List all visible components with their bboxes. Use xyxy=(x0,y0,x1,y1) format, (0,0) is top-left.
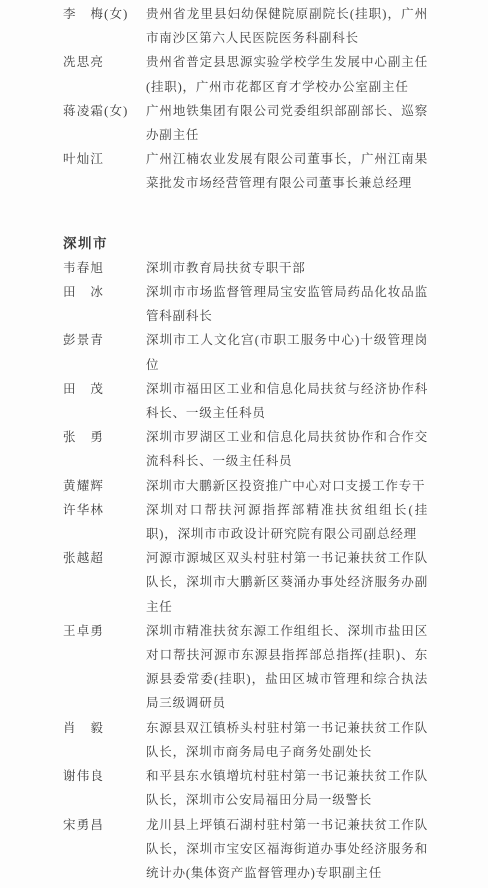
entry-list: 韦春旭 深圳市教育局扶贫专职干部 田 冰 深圳市市场监督管理局宝安监管局药品化妆… xyxy=(63,256,428,885)
personnel-entry: 田 茂 深圳市福田区工业和信息化局扶贫与经济协作科科长、一级主任科员 xyxy=(63,377,428,425)
person-name: 田 冰 xyxy=(63,280,146,304)
person-position: 贵州省普定县思源实验学校学生发展中心副主任(挂职)，广州市花都区育才学校办公室副… xyxy=(146,50,428,98)
person-position: 河源市源城区双头村驻村第一书记兼扶贫工作队队长，深圳市大鹏新区葵涌办事处经济服务… xyxy=(146,546,428,619)
personnel-entry: 叶灿江 广州江楠农业发展有限公司董事长，广州江南果菜批发市场经营管理有限公司董事… xyxy=(63,147,428,195)
entry-list: 李 梅(女) 贵州省龙里县妇幼保健院原副院长(挂职)，广州市南沙区第六人民医院医… xyxy=(63,2,428,196)
personnel-entry: 蒋凌霜(女) 广州地铁集团有限公司党委组织部副部长、巡察办副主任 xyxy=(63,99,428,147)
person-name: 许华林 xyxy=(63,498,146,522)
person-position: 深圳市工人文化宫(市职工服务中心)十级管理岗位 xyxy=(146,328,428,376)
person-position: 深圳市市场监督管理局宝安监管局药品化妆品监管科副科长 xyxy=(146,280,428,328)
personnel-entry: 谢伟良 和平县东水镇增坑村驻村第一书记兼扶贫工作队队长，深圳市公安局福田分局一级… xyxy=(63,764,428,812)
person-name: 冼思亮 xyxy=(63,50,146,74)
city-section: 深圳市 韦春旭 深圳市教育局扶贫专职干部 田 冰 深圳市市场监督管理局宝安监管局… xyxy=(63,232,428,885)
person-name: 李 梅(女) xyxy=(63,2,146,26)
person-position: 深圳市教育局扶贫专职干部 xyxy=(146,256,428,280)
personnel-entry: 李 梅(女) 贵州省龙里县妇幼保健院原副院长(挂职)，广州市南沙区第六人民医院医… xyxy=(63,2,428,50)
person-name: 张越超 xyxy=(63,546,146,570)
personnel-entry: 韦春旭 深圳市教育局扶贫专职干部 xyxy=(63,256,428,280)
person-position: 深圳市福田区工业和信息化局扶贫与经济协作科科长、一级主任科员 xyxy=(146,377,428,425)
person-position: 深圳市罗湖区工业和信息化局扶贫协作和合作交流科科长、一级主任科员 xyxy=(146,425,428,473)
person-name: 谢伟良 xyxy=(63,764,146,788)
personnel-entry: 宋勇昌 龙川县上坪镇石湖村驻村第一书记兼扶贫工作队队长，深圳市宝安区福海街道办事… xyxy=(63,813,428,886)
person-name: 宋勇昌 xyxy=(63,813,146,837)
person-position: 东源县双江镇桥头村驻村第一书记兼扶贫工作队队长，深圳市商务局电子商务处副处长 xyxy=(146,716,428,764)
person-position: 深圳对口帮扶河源指挥部精准扶贫组组长(挂职)，深圳市市政设计研究院有限公司副总经… xyxy=(146,498,428,546)
personnel-recognition-list: 李 梅(女) 贵州省龙里县妇幼保健院原副院长(挂职)，广州市南沙区第六人民医院医… xyxy=(0,0,488,885)
personnel-entry: 许华林 深圳对口帮扶河源指挥部精准扶贫组组长(挂职)，深圳市市政设计研究院有限公… xyxy=(63,498,428,546)
personnel-entry: 黄耀辉 深圳市大鹏新区投资推广中心对口支援工作专干 xyxy=(63,474,428,498)
person-position: 深圳市精准扶贫东源工作组组长、深圳市盐田区对口帮扶河源市东源县指挥部总指挥(挂职… xyxy=(146,619,428,716)
person-name: 王卓勇 xyxy=(63,619,146,643)
person-name: 蒋凌霜(女) xyxy=(63,99,146,123)
person-position: 广州江楠农业发展有限公司董事长，广州江南果菜批发市场经营管理有限公司董事长兼总经… xyxy=(146,147,428,195)
person-name: 叶灿江 xyxy=(63,147,146,171)
personnel-entry: 肖 毅 东源县双江镇桥头村驻村第一书记兼扶贫工作队队长，深圳市商务局电子商务处副… xyxy=(63,716,428,764)
personnel-entry: 冼思亮 贵州省普定县思源实验学校学生发展中心副主任(挂职)，广州市花都区育才学校… xyxy=(63,50,428,98)
person-name: 肖 毅 xyxy=(63,716,146,740)
personnel-entry: 张 勇 深圳市罗湖区工业和信息化局扶贫协作和合作交流科科长、一级主任科员 xyxy=(63,425,428,473)
person-position: 广州地铁集团有限公司党委组织部副部长、巡察办副主任 xyxy=(146,99,428,147)
person-position: 和平县东水镇增坑村驻村第一书记兼扶贫工作队队长，深圳市公安局福田分局一级警长 xyxy=(146,764,428,812)
person-position: 深圳市大鹏新区投资推广中心对口支援工作专干 xyxy=(146,474,428,498)
person-name: 韦春旭 xyxy=(63,256,146,280)
person-name: 张 勇 xyxy=(63,425,146,449)
person-name: 彭景青 xyxy=(63,328,146,352)
person-position: 贵州省龙里县妇幼保健院原副院长(挂职)，广州市南沙区第六人民医院医务科副科长 xyxy=(146,2,428,50)
personnel-entry: 张越超 河源市源城区双头村驻村第一书记兼扶贫工作队队长，深圳市大鹏新区葵涌办事处… xyxy=(63,546,428,619)
person-name: 田 茂 xyxy=(63,377,146,401)
personnel-entry: 田 冰 深圳市市场监督管理局宝安监管局药品化妆品监管科副科长 xyxy=(63,280,428,328)
person-name: 黄耀辉 xyxy=(63,474,146,498)
city-section: 李 梅(女) 贵州省龙里县妇幼保健院原副院长(挂职)，广州市南沙区第六人民医院医… xyxy=(63,2,428,196)
personnel-entry: 彭景青 深圳市工人文化宫(市职工服务中心)十级管理岗位 xyxy=(63,328,428,376)
person-position: 龙川县上坪镇石湖村驻村第一书记兼扶贫工作队队长，深圳市宝安区福海街道办事处经济服… xyxy=(146,813,428,886)
personnel-entry: 王卓勇 深圳市精准扶贫东源工作组组长、深圳市盐田区对口帮扶河源市东源县指挥部总指… xyxy=(63,619,428,716)
section-header: 深圳市 xyxy=(63,232,428,256)
